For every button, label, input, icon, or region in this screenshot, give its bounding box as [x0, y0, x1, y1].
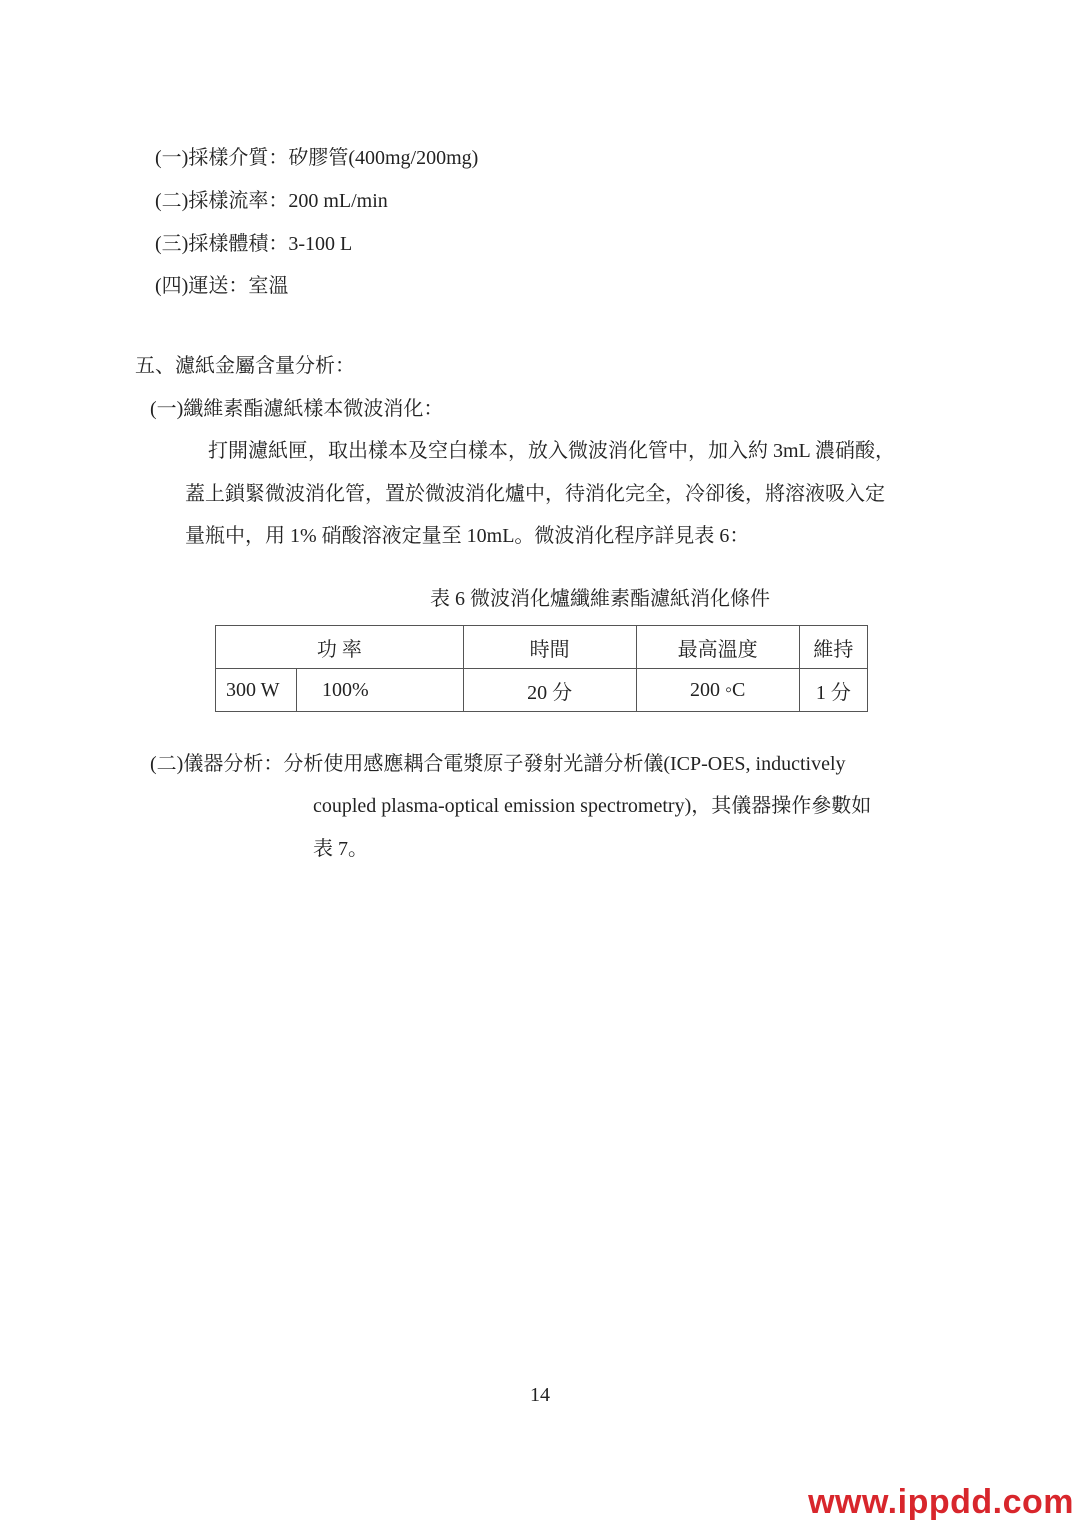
table-row: 300 W 100% 20 分 200 ◦C 1 分 [216, 669, 868, 712]
section-heading: 五、濾紙金屬含量分析： [135, 354, 355, 378]
instrument-line-2: coupled plasma-optical emission spectrom… [313, 794, 871, 818]
sampling-item-3: (三)採樣體積：3-100 L [155, 232, 352, 256]
page-number: 14 [0, 1384, 1080, 1407]
header-power: 功 率 [216, 626, 464, 669]
sampling-item-2: (二)採樣流率：200 mL/min [155, 189, 388, 213]
cell-watts: 300 W [216, 669, 297, 712]
cell-temp: 200 ◦C [636, 669, 799, 712]
instrument-line-1: (二)儀器分析：分析使用感應耦合電漿原子發射光譜分析儀(ICP-OES, ind… [150, 752, 846, 776]
header-time: 時間 [463, 626, 636, 669]
sampling-item-4: (四)運送：室溫 [155, 274, 288, 298]
header-hold: 維持 [799, 626, 867, 669]
cell-percent: 100% [297, 669, 464, 712]
table-caption: 表 6 微波消化爐纖維素酯濾紙消化條件 [100, 582, 1080, 611]
paragraph-line-2: 蓋上鎖緊微波消化管，置於微波消化爐中，待消化完全，冷卻後，將溶液吸入定 [185, 482, 885, 506]
watermark: www.ippdd.com [808, 1483, 1074, 1522]
subsection-title: (一)纖維素酯濾紙樣本微波消化： [150, 397, 443, 421]
header-max-temp: 最高溫度 [636, 626, 799, 669]
paragraph-line-1: 打開濾紙匣，取出樣本及空白樣本，放入微波消化管中，加入約 3mL 濃硝酸， [208, 439, 895, 463]
paragraph-line-3: 量瓶中，用 1% 硝酸溶液定量至 10mL。微波消化程序詳見表 6： [185, 524, 749, 548]
sampling-item-1: (一)採樣介質：矽膠管(400mg/200mg) [155, 146, 478, 170]
table-header-row: 功 率 時間 最高溫度 維持 [216, 626, 868, 669]
cell-hold: 1 分 [799, 669, 867, 712]
instrument-line-3: 表 7。 [313, 837, 368, 861]
table-6: 功 率 時間 最高溫度 維持 300 W 100% 20 分 200 ◦C 1 … [215, 625, 868, 712]
cell-time: 20 分 [463, 669, 636, 712]
